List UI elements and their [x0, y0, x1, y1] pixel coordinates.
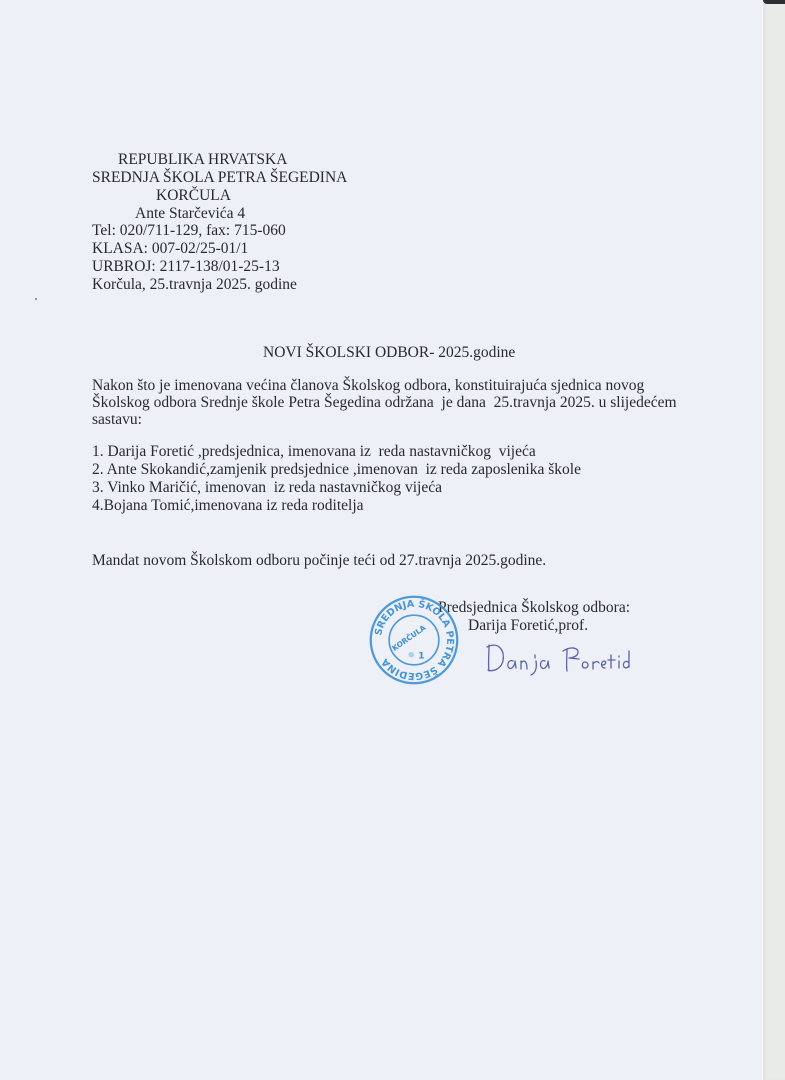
- member-2: 2. Ante Skokandić,zamjenik predsjednice …: [92, 461, 581, 478]
- member-3: 3. Vinko Maričić, imenovan iz reda nasta…: [92, 479, 442, 496]
- handwritten-signature-icon: [483, 637, 633, 677]
- intro-line-1: Nakon što je imenovana većina članova Šk…: [92, 377, 644, 394]
- document-page: REPUBLIKA HRVATSKA SREDNJA ŠKOLA PETRA Š…: [0, 0, 762, 1080]
- mandate-statement: Mandat novom Školskom odboru počinje teć…: [92, 552, 546, 569]
- stamp-center-text: KORČULA: [390, 623, 427, 653]
- page-edge-corner: [763, 0, 785, 4]
- page-edge: [762, 0, 785, 1080]
- header-city: KORČULA: [156, 187, 231, 204]
- school-stamp-icon: SREDNJA ŠKOLA PETRA ŠEGEDINA KORČULA 1: [368, 594, 460, 686]
- header-place-date: Korčula, 25.travnja 2025. godine: [92, 276, 297, 293]
- signature-name: Darija Foretić,prof.: [468, 617, 588, 634]
- header-klasa: KLASA: 007-02/25-01/1: [92, 240, 248, 257]
- member-4: 4.Bojana Tomić,imenovana iz reda roditel…: [92, 497, 364, 514]
- header-phone: Tel: 020/711-129, fax: 715-060: [92, 222, 286, 239]
- stamp-number: 1: [418, 650, 424, 661]
- intro-line-3: sastavu:: [92, 411, 142, 428]
- header-urbroj: URBROJ: 2117-138/01-25-13: [92, 258, 280, 275]
- intro-line-2: Školskog odbora Srednje škole Petra Šege…: [92, 394, 677, 411]
- header-address: Ante Starčevića 4: [135, 205, 245, 222]
- signature-role: Predsjednica Školskog odbora:: [438, 599, 630, 616]
- header-school: SREDNJA ŠKOLA PETRA ŠEGEDINA: [92, 169, 347, 186]
- header-country: REPUBLIKA HRVATSKA: [118, 151, 287, 168]
- member-1: 1. Darija Foretić ,predsjednica, imenova…: [92, 443, 536, 460]
- document-title: NOVI ŠKOLSKI ODBOR- 2025.godine: [263, 344, 515, 361]
- scan-speck: [35, 298, 37, 300]
